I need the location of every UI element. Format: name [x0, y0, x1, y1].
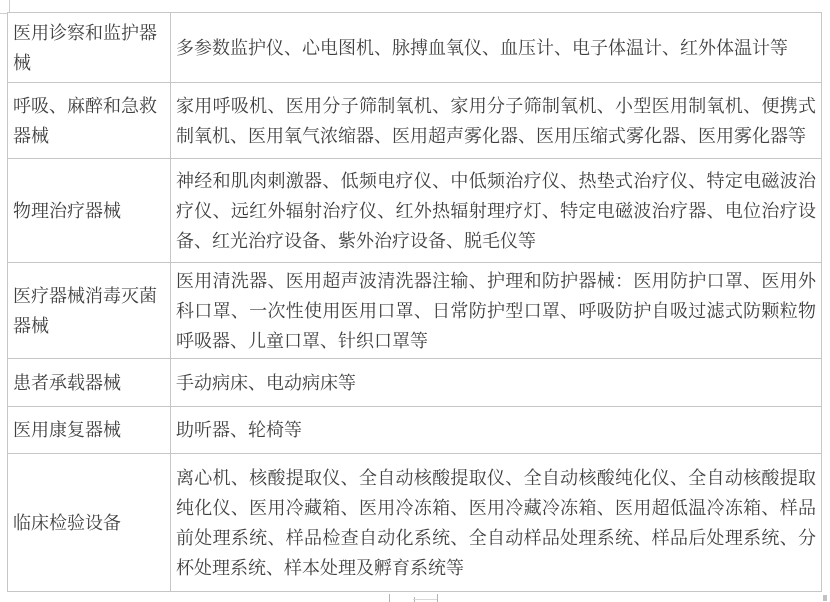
items-cell: 助听器、轮椅等	[171, 407, 822, 454]
items-cell: 神经和肌肉刺激器、低频电疗仪、中低频治疗仪、热垫式治疗仪、特定电磁波治疗仪、远红…	[171, 159, 822, 263]
items-cell: 离心机、核酸提取仪、全自动核酸提取仪、全自动核酸纯化仪、全自动核酸提取纯化仪、医…	[171, 454, 822, 592]
category-cell: 呼吸、麻醉和急救器械	[8, 83, 171, 159]
table-row: 患者承载器械 手动病床、电动病床等	[8, 359, 822, 407]
category-cell: 医用康复器械	[8, 407, 171, 454]
category-cell: 患者承载器械	[8, 359, 171, 407]
items-cell: 多参数监护仪、心电图机、脉搏血氧仪、血压计、电子体温计、红外体温计等	[171, 13, 822, 83]
medical-device-category-table: 医用诊察和监护器械 多参数监护仪、心电图机、脉搏血氧仪、血压计、电子体温计、红外…	[7, 12, 822, 592]
cropped-next-row-artifact	[389, 594, 390, 602]
category-cell: 临床检验设备	[8, 454, 171, 592]
table-row: 医用诊察和监护器械 多参数监护仪、心电图机、脉搏血氧仪、血压计、电子体温计、红外…	[8, 13, 822, 83]
table-row: 呼吸、麻醉和急救器械 家用呼吸机、医用分子筛制氧机、家用分子筛制氧机、小型医用制…	[8, 83, 822, 159]
items-cell: 医用清洗器、医用超声波清洗器注输、护理和防护器械：医用防护口罩、医用外科口罩、一…	[171, 263, 822, 359]
table-row: 临床检验设备 离心机、核酸提取仪、全自动核酸提取仪、全自动核酸纯化仪、全自动核酸…	[8, 454, 822, 592]
items-cell: 家用呼吸机、医用分子筛制氧机、家用分子筛制氧机、小型医用制氧机、便携式制氧机、医…	[171, 83, 822, 159]
table-row: 物理治疗器械 神经和肌肉刺激器、低频电疗仪、中低频治疗仪、热垫式治疗仪、特定电磁…	[8, 159, 822, 263]
table-row: 医疗器械消毒灭菌器械 医用清洗器、医用超声波清洗器注输、护理和防护器械：医用防护…	[8, 263, 822, 359]
items-cell: 手动病床、电动病床等	[171, 359, 822, 407]
cropped-next-row-artifact	[437, 594, 438, 602]
document-page: { "page": { "background": "#ffffff", "ta…	[0, 0, 830, 602]
category-cell: 医用诊察和监护器械	[8, 13, 171, 83]
category-cell: 物理治疗器械	[8, 159, 171, 263]
category-cell: 医疗器械消毒灭菌器械	[8, 263, 171, 359]
cropped-next-row-artifact	[413, 599, 437, 600]
cropped-next-row-artifact	[823, 595, 827, 601]
table-row: 医用康复器械 助听器、轮椅等	[8, 407, 822, 454]
